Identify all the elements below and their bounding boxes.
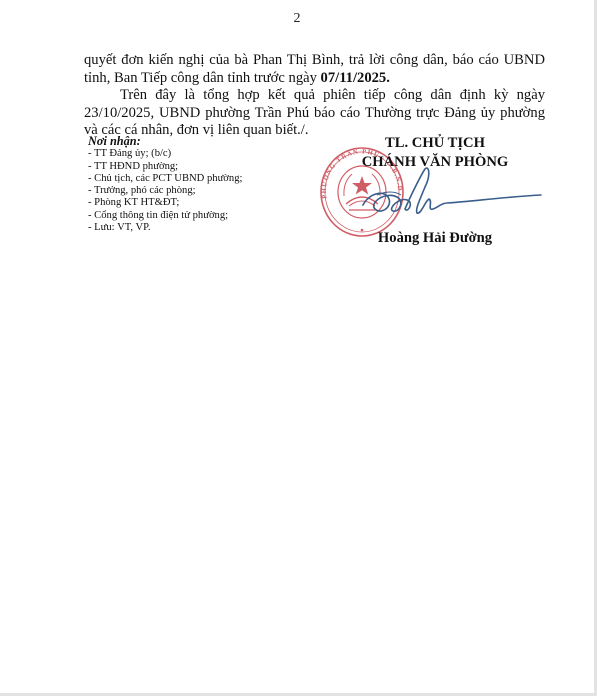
paragraph-summary: Trên đây là tổng hợp kết quả phiên tiếp …	[84, 87, 545, 140]
paragraph-deadline-text: quyết đơn kiến nghị của bà Phan Thị Bình…	[84, 52, 545, 86]
recipient-item: - Chủ tịch, các PCT UBND phường;	[88, 173, 242, 185]
signer-name: Hoàng Hải Đường	[340, 230, 530, 247]
paragraph-deadline: quyết đơn kiến nghị của bà Phan Thị Bình…	[84, 52, 545, 87]
recipient-item: - Lưu: VT, VP.	[88, 222, 242, 234]
deadline-date: 07/11/2025.	[321, 70, 390, 86]
recipients-title: Nơi nhận:	[88, 135, 242, 147]
recipient-item: - TT Đảng ủy; (b/c)	[88, 148, 242, 160]
page-number: 2	[0, 11, 594, 27]
document-page: 2 quyết đơn kiến nghị của bà Phan Thị Bì…	[0, 0, 597, 696]
recipient-item: - Cổng thông tin điện tử phường;	[88, 210, 242, 222]
recipients-list: - TT Đảng ủy; (b/c) - TT HĐND phường; - …	[88, 148, 242, 234]
signature-title-line1: TL. CHỦ TỊCH	[340, 134, 530, 153]
recipient-item: - Trưởng, phó các phòng;	[88, 185, 242, 197]
document-body: quyết đơn kiến nghị của bà Phan Thị Bình…	[84, 52, 545, 140]
recipient-item: - TT HĐND phường;	[88, 161, 242, 173]
recipients-block: Nơi nhận: - TT Đảng ủy; (b/c) - TT HĐND …	[88, 135, 242, 234]
recipient-item: - Phòng KT HT&ĐT;	[88, 197, 242, 209]
handwritten-signature-icon	[355, 165, 545, 225]
